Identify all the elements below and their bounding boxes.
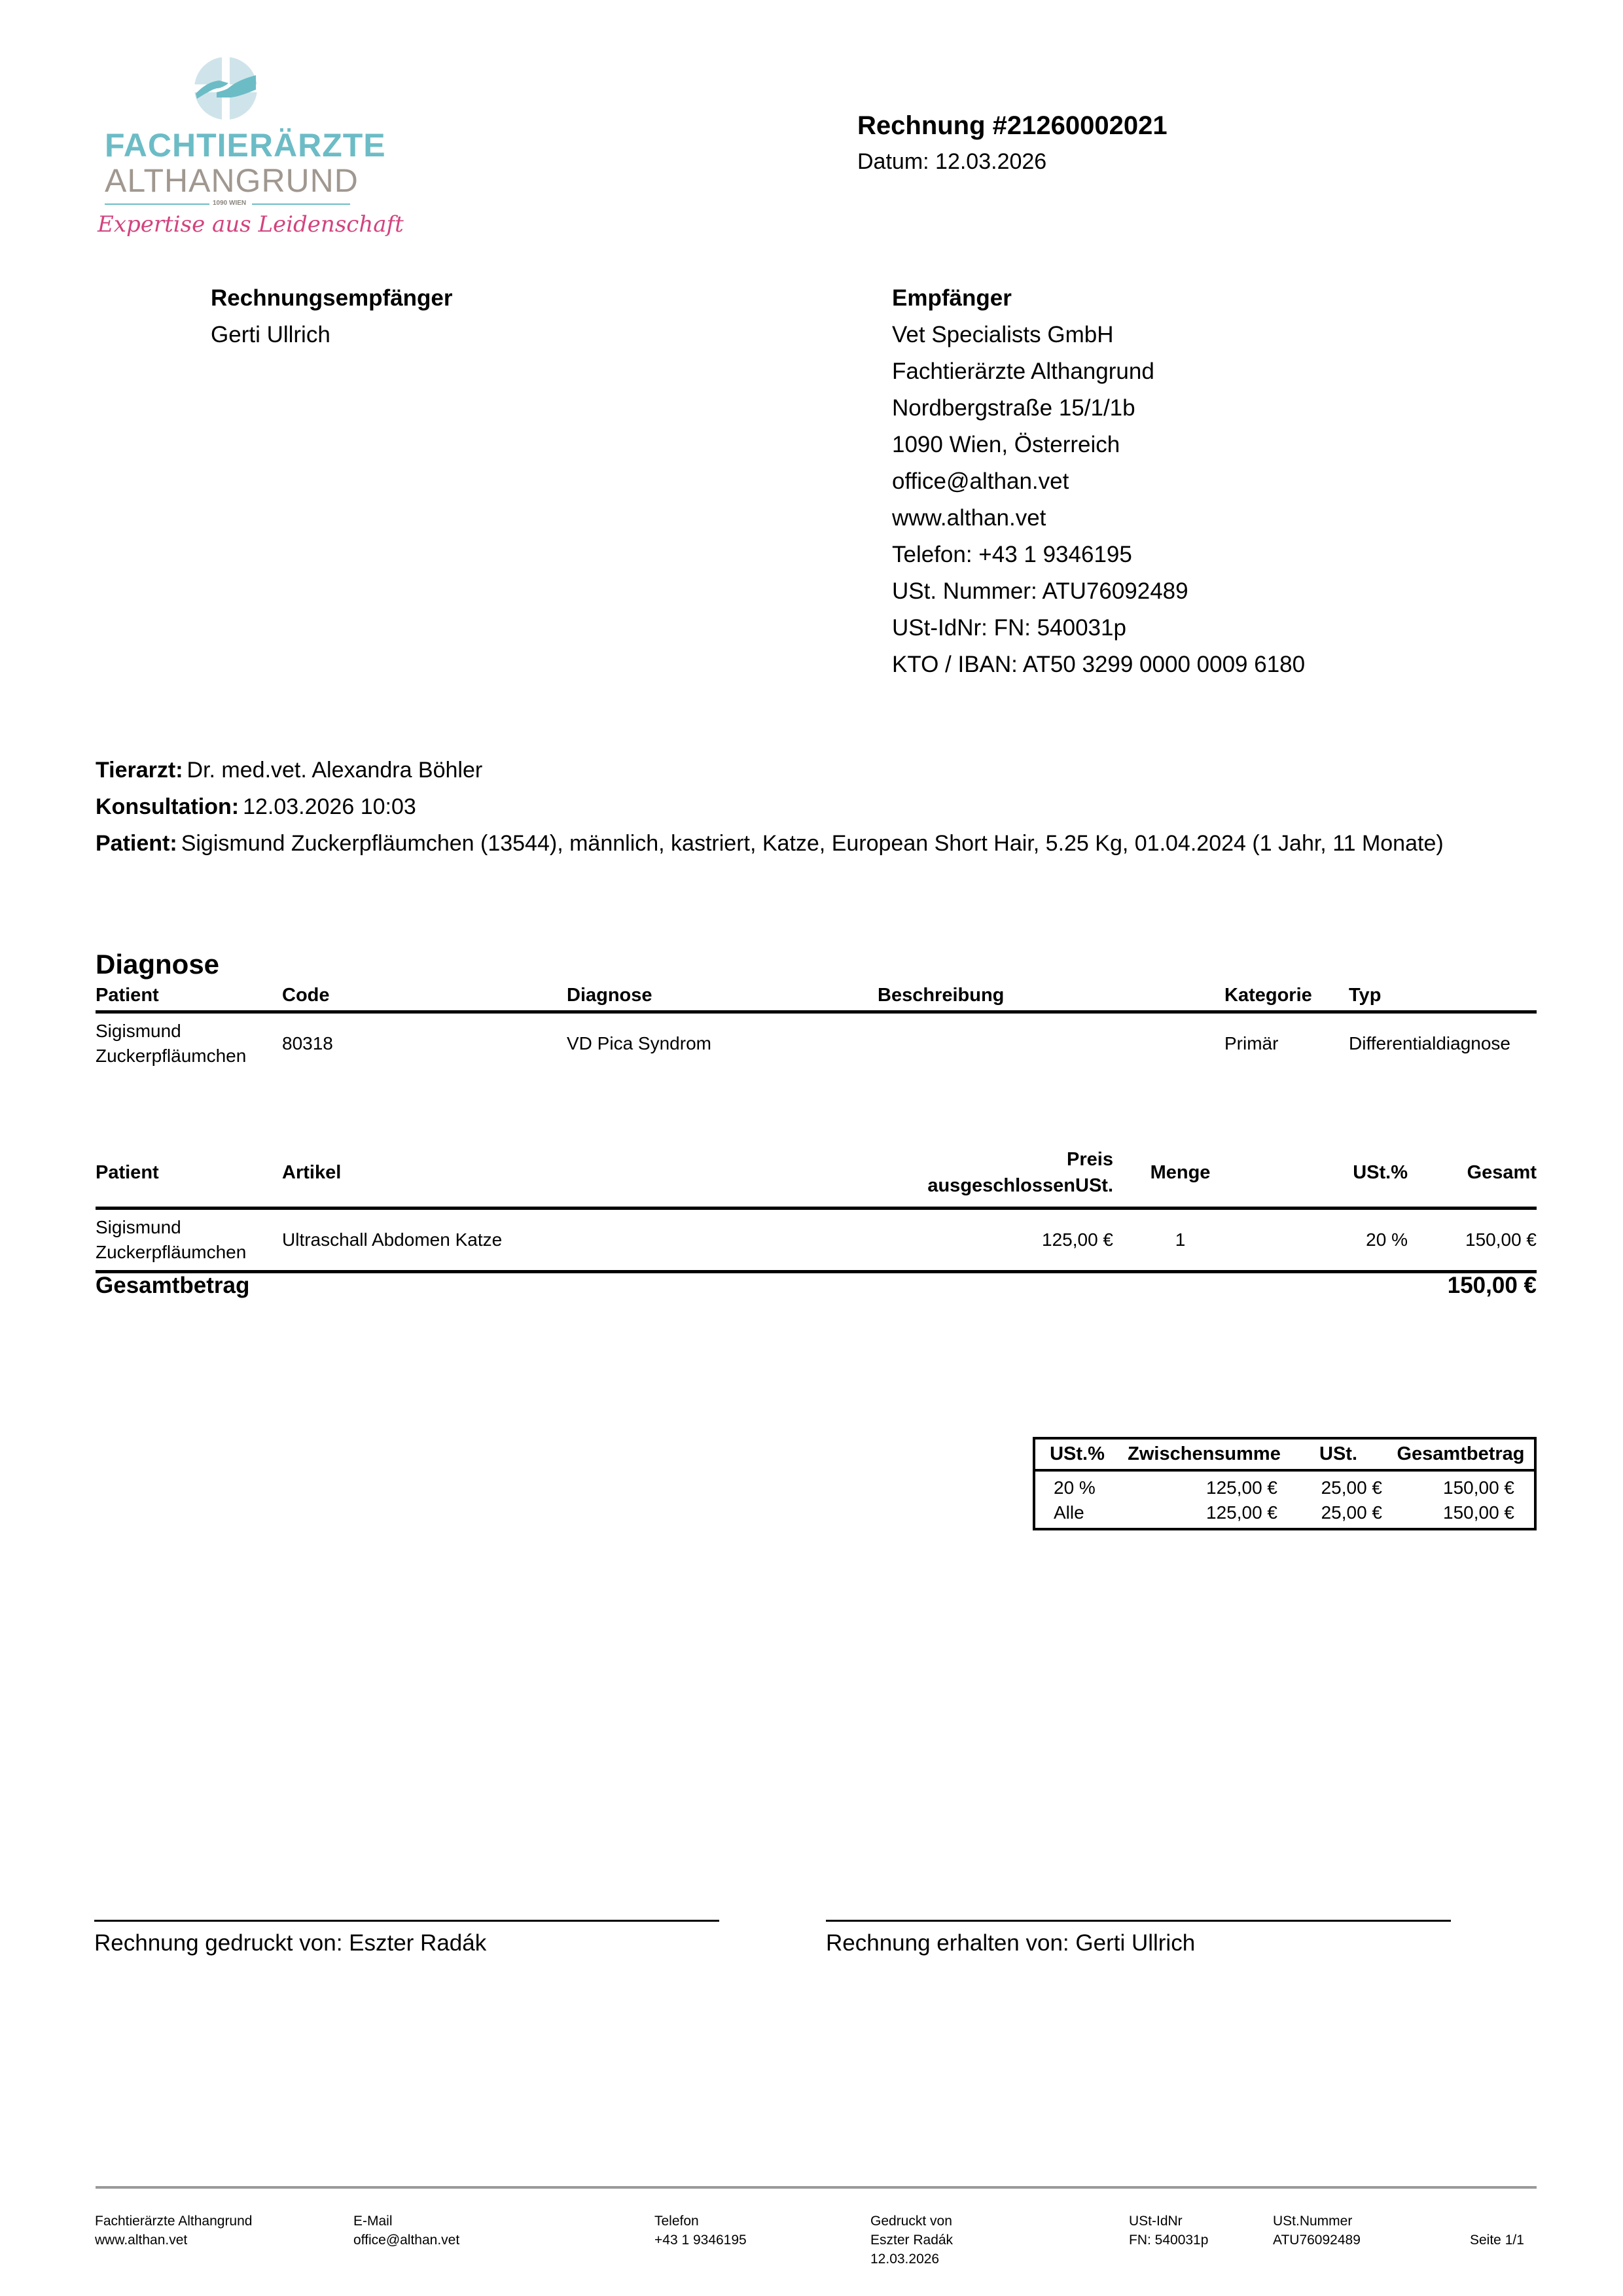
logo-brand-line2: ALTHANGRUND [105, 162, 359, 200]
tax-rate: 20 % [1034, 1470, 1119, 1500]
recipient-company: Vet Specialists GmbH [892, 317, 1305, 353]
recipient-block: Empfänger Vet Specialists GmbH Fachtierä… [892, 280, 1305, 683]
tax-subtotal: 125,00 € [1119, 1500, 1289, 1529]
consultation-row: Konsultation: 12.03.2026 10:03 [96, 790, 1535, 823]
recipient-phone: Telefon: +43 1 9346195 [892, 537, 1305, 573]
diagnosis-heading: Diagnose [96, 949, 219, 980]
patient-label: Patient: [96, 827, 177, 860]
footer-email: E-Mail office@althan.vet [353, 2212, 459, 2250]
line-items-table: Patient Artikel Preis ausgeschlossenUSt.… [96, 1146, 1537, 1273]
diagnosis-category: Primär [1224, 1012, 1349, 1074]
recipient-city: 1090 Wien, Österreich [892, 427, 1305, 463]
footer-email-value: office@althan.vet [353, 2231, 459, 2250]
consultation-meta: Tierarzt: Dr. med.vet. Alexandra Böhler … [96, 754, 1535, 864]
footer-company: Fachtierärzte Althangrund www.althan.vet [95, 2212, 252, 2250]
items-col-total: Gesamt [1408, 1146, 1537, 1209]
logo-tagline: Expertise aus Leidenschaft [98, 211, 404, 238]
tax-col-vat: USt. [1289, 1438, 1387, 1470]
items-col-price: Preis ausgeschlossenUSt. [596, 1146, 1113, 1209]
items-col-patient: Patient [96, 1146, 282, 1209]
diagnosis-type: Differentialdiagnose [1349, 1012, 1537, 1074]
footer-vat-number: USt.Nummer ATU76092489 [1273, 2212, 1361, 2250]
item-article: Ultraschall Abdomen Katze [282, 1209, 596, 1272]
tax-col-subtotal: Zwischensumme [1119, 1438, 1289, 1470]
billing-recipient-heading: Rechnungsempfänger [211, 280, 453, 317]
vet-value: Dr. med.vet. Alexandra Böhler [187, 754, 483, 786]
printed-by-text: Rechnung gedruckt von: Eszter Radák [94, 1930, 486, 1956]
table-row: Alle 125,00 € 25,00 € 150,00 € [1034, 1500, 1535, 1529]
diagnosis-patient: Sigismund Zuckerpfläumchen [96, 1012, 282, 1074]
diagnosis-description [878, 1012, 1224, 1074]
footer-vat-number-label: USt.Nummer [1273, 2212, 1361, 2231]
logo-rule-right [252, 203, 350, 205]
item-patient: Sigismund Zuckerpfläumchen [96, 1209, 282, 1272]
diagnosis-col-patient: Patient [96, 985, 282, 1012]
footer-printed-date: 12.03.2026 [870, 2250, 953, 2269]
hands-cross-logo-icon [193, 56, 259, 121]
diagnosis-col-description: Beschreibung [878, 985, 1224, 1012]
tax-col-rate: USt.% [1034, 1438, 1119, 1470]
invoice-date: Datum: 12.03.2026 [857, 149, 1046, 175]
recipient-website: www.althan.vet [892, 500, 1305, 537]
patient-value: Sigismund Zuckerpfläumchen (13544), männ… [181, 827, 1444, 860]
items-col-vat: USt.% [1247, 1146, 1408, 1209]
items-header-row: Patient Artikel Preis ausgeschlossenUSt.… [96, 1146, 1537, 1209]
items-col-price-line2: ausgeschlossenUSt. [596, 1173, 1113, 1199]
logo-rule-left [105, 203, 209, 205]
footer-printed-label: Gedruckt von [870, 2212, 953, 2231]
signature-line-printed [94, 1920, 719, 1922]
billing-recipient-name: Gerti Ullrich [211, 317, 453, 353]
footer-phone-label: Telefon [654, 2212, 747, 2231]
footer-vat-id-value: FN: 540031p [1129, 2231, 1208, 2250]
patient-first-name: Sigismund [96, 1215, 282, 1240]
tax-col-total: Gesamtbetrag [1387, 1438, 1535, 1470]
tax-summary-table: USt.% Zwischensumme USt. Gesamtbetrag 20… [1033, 1437, 1537, 1530]
recipient-vat-id: USt-IdNr: FN: 540031p [892, 610, 1305, 646]
grand-total-label: Gesamtbetrag [96, 1273, 249, 1299]
recipient-heading: Empfänger [892, 280, 1305, 317]
logo-city: 1090 WIEN [213, 200, 246, 207]
tax-total: 150,00 € [1387, 1470, 1535, 1500]
diagnosis-col-code: Code [282, 985, 567, 1012]
diagnosis-header-row: Patient Code Diagnose Beschreibung Kateg… [96, 985, 1537, 1012]
item-price: 125,00 € [596, 1209, 1113, 1272]
diagnosis-table: Patient Code Diagnose Beschreibung Kateg… [96, 985, 1537, 1074]
tax-total: 150,00 € [1387, 1500, 1535, 1529]
logo-brand-line1: FACHTIERÄRZTE [105, 126, 386, 164]
items-col-quantity: Menge [1113, 1146, 1247, 1209]
diagnosis-code: 80318 [282, 1012, 567, 1074]
patient-first-name: Sigismund [96, 1019, 282, 1044]
patient-last-name: Zuckerpfläumchen [96, 1240, 282, 1265]
patient-last-name: Zuckerpfläumchen [96, 1044, 282, 1069]
items-col-article: Artikel [282, 1146, 596, 1209]
diagnosis-name: VD Pica Syndrom [567, 1012, 878, 1074]
diagnosis-col-category: Kategorie [1224, 985, 1349, 1012]
invoice-title: Rechnung #21260002021 [857, 111, 1168, 141]
consultation-value: 12.03.2026 10:03 [243, 790, 416, 823]
vet-label: Tierarzt: [96, 754, 183, 786]
table-row: Sigismund Zuckerpfläumchen 80318 VD Pica… [96, 1012, 1537, 1074]
table-row: Sigismund Zuckerpfläumchen Ultraschall A… [96, 1209, 1537, 1272]
clinic-logo: FACHTIERÄRZTE ALTHANGRUND 1090 WIEN Expe… [95, 56, 357, 252]
billing-recipient-block: Rechnungsempfänger Gerti Ullrich [211, 280, 453, 353]
diagnosis-col-type: Typ [1349, 985, 1537, 1012]
footer-printed: Gedruckt von Eszter Radák 12.03.2026 [870, 2212, 953, 2269]
consultation-label: Konsultation: [96, 790, 239, 823]
footer-website: www.althan.vet [95, 2231, 252, 2250]
item-vat: 20 % [1247, 1209, 1408, 1272]
footer-phone: Telefon +43 1 9346195 [654, 2212, 747, 2250]
recipient-clinic-name: Fachtierärzte Althangrund [892, 353, 1305, 390]
patient-row: Patient: Sigismund Zuckerpfläumchen (135… [96, 827, 1535, 860]
grand-total-value: 150,00 € [1448, 1273, 1537, 1299]
tax-vat: 25,00 € [1289, 1500, 1387, 1529]
table-row: 20 % 125,00 € 25,00 € 150,00 € [1034, 1470, 1535, 1500]
item-total: 150,00 € [1408, 1209, 1537, 1272]
recipient-email: office@althan.vet [892, 463, 1305, 500]
footer-page-number: Seite 1/1 [1470, 2231, 1524, 2250]
tax-subtotal: 125,00 € [1119, 1470, 1289, 1500]
footer-vat-id: USt-IdNr FN: 540031p [1129, 2212, 1208, 2250]
recipient-street: Nordbergstraße 15/1/1b [892, 390, 1305, 427]
footer-phone-value: +43 1 9346195 [654, 2231, 747, 2250]
recipient-vat-number: USt. Nummer: ATU76092489 [892, 573, 1305, 610]
received-by-text: Rechnung erhalten von: Gerti Ullrich [826, 1930, 1195, 1956]
tax-header-row: USt.% Zwischensumme USt. Gesamtbetrag [1034, 1438, 1535, 1470]
footer-printed-by: Eszter Radák [870, 2231, 953, 2250]
footer-vat-number-value: ATU76092489 [1273, 2231, 1361, 2250]
items-col-price-line1: Preis [596, 1146, 1113, 1173]
signature-line-received [826, 1920, 1451, 1922]
vet-row: Tierarzt: Dr. med.vet. Alexandra Böhler [96, 754, 1535, 786]
recipient-iban: KTO / IBAN: AT50 3299 0000 0009 6180 [892, 646, 1305, 683]
tax-vat: 25,00 € [1289, 1470, 1387, 1500]
footer-divider [96, 2186, 1537, 2189]
footer-email-label: E-Mail [353, 2212, 459, 2231]
diagnosis-col-diagnosis: Diagnose [567, 985, 878, 1012]
footer-company-name: Fachtierärzte Althangrund [95, 2212, 252, 2231]
tax-rate: Alle [1034, 1500, 1119, 1529]
footer-vat-id-label: USt-IdNr [1129, 2212, 1208, 2231]
item-quantity: 1 [1113, 1209, 1247, 1272]
